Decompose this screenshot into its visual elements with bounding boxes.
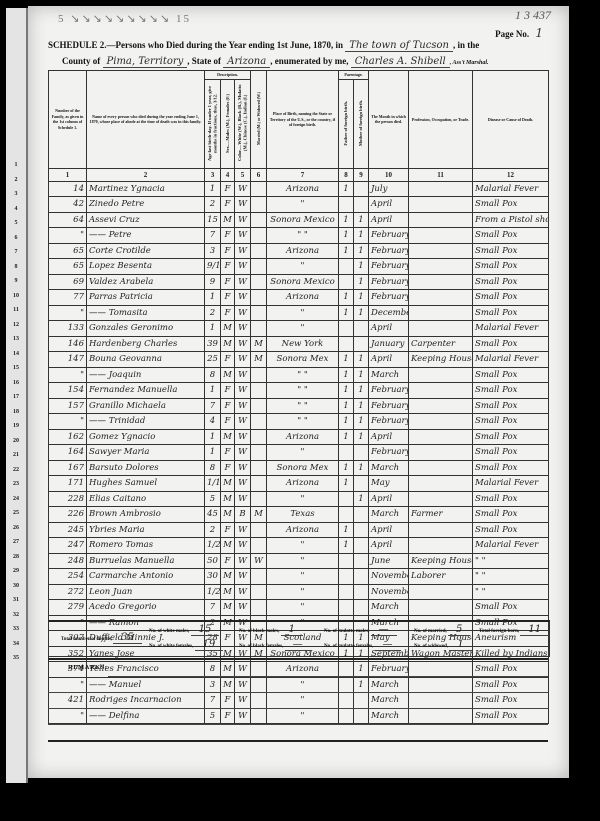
cell-sex: M <box>221 476 235 492</box>
cell-marital <box>251 274 267 290</box>
margin-row-number: 22 <box>8 467 24 473</box>
cell-birthplace: " " <box>267 383 339 399</box>
cell-color: W <box>235 460 251 476</box>
cell-birthplace: Sonora Mexico <box>267 274 339 290</box>
total-deaths: Total number of deaths, 35 <box>61 632 142 643</box>
cell-cause: Small Pox <box>473 460 549 476</box>
cell-sex: F <box>221 259 235 275</box>
cell-occupation: Keeping House <box>409 352 473 368</box>
header-family-number: Number of the Family, as given in the 1s… <box>49 71 87 169</box>
cell-sex: M <box>221 491 235 507</box>
cell-name: Martinez Ygnacia <box>87 181 205 197</box>
table-row: 245Ybries Maria2FWArizona1AprilSmall Pox <box>49 522 549 538</box>
cell-sex: F <box>221 305 235 321</box>
margin-row-number: 20 <box>8 438 24 444</box>
enumerator-field: Charles A. Shibell <box>351 56 450 68</box>
cell-mother <box>354 553 369 569</box>
column-number: 11 <box>409 168 473 181</box>
header-color: Color.—White (W.), Black (B.), Mulatto (… <box>235 80 251 169</box>
cell-mother <box>354 538 369 554</box>
cell-month: February <box>369 398 409 414</box>
cell-sex: F <box>221 460 235 476</box>
cell-name: Brown Ambrosio <box>87 507 205 523</box>
cell-month: March <box>369 507 409 523</box>
cell-color: W <box>235 414 251 430</box>
cell-father <box>339 259 354 275</box>
table-row: 157Granillo Michaela7FW" "11FebruarySmal… <box>49 398 549 414</box>
cell-month: February <box>369 290 409 306</box>
cell-age: 2 <box>205 305 221 321</box>
cell-month: April <box>369 321 409 337</box>
cell-age: 2 <box>205 522 221 538</box>
cell-father <box>339 584 354 600</box>
cell-marital <box>251 228 267 244</box>
cell-color: W <box>235 197 251 213</box>
place-field: The town of Tucson <box>345 40 453 52</box>
cell-father <box>339 553 354 569</box>
cell-cause: Small Pox <box>473 367 549 383</box>
cell-color: W <box>235 538 251 554</box>
cell-cause: Small Pox <box>473 398 549 414</box>
cell-cause: Malarial Fever <box>473 352 549 368</box>
remarks-section: REMARKS: <box>48 658 548 742</box>
cell-cause: " " <box>473 584 549 600</box>
table-row: "—— Joaquin8MW" "11MarchSmall Pox <box>49 367 549 383</box>
remarks-label: REMARKS: <box>68 664 107 671</box>
cell-mother: 1 <box>354 460 369 476</box>
page-number-label: Page No. <box>495 29 529 39</box>
cell-mother: 1 <box>354 398 369 414</box>
cell-age: 1 <box>205 383 221 399</box>
margin-row-number: 10 <box>8 293 24 299</box>
header-age: Age last birth-day. If under 1 year, giv… <box>205 80 221 169</box>
cell-marital: M <box>251 336 267 352</box>
table-row: 147Bouna Geovanna25FWMSonora Mex11AprilK… <box>49 352 549 368</box>
cell-name: Granillo Michaela <box>87 398 205 414</box>
foreign-born-count: Total foreign born, 11 <box>479 624 549 635</box>
cell-birthplace: " <box>267 584 339 600</box>
cell-age: 1 <box>205 429 221 445</box>
cell-occupation <box>409 584 473 600</box>
cell-mother: 1 <box>354 274 369 290</box>
cell-month: May <box>369 476 409 492</box>
cell-marital <box>251 321 267 337</box>
cell-sex: F <box>221 290 235 306</box>
cell-birthplace: " " <box>267 228 339 244</box>
header-cause: Disease or Cause of Death. <box>473 71 549 169</box>
cell-father <box>339 274 354 290</box>
margin-row-number: 34 <box>8 641 24 647</box>
cell-mother: 1 <box>354 290 369 306</box>
table-row: 254Carmarche Antonio30MW"NovemberLaborer… <box>49 569 549 585</box>
cell-family: " <box>49 414 87 430</box>
cell-marital <box>251 445 267 461</box>
table-row: 154Fernandez Manuella1FW" "11FebruarySma… <box>49 383 549 399</box>
cell-color: W <box>235 600 251 616</box>
cell-marital <box>251 398 267 414</box>
cell-birthplace: Sonora Mexico <box>267 212 339 228</box>
cell-sex: M <box>221 429 235 445</box>
margin-row-number: 2 <box>8 177 24 183</box>
cell-father: 1 <box>339 243 354 259</box>
cell-occupation: Keeping House <box>409 553 473 569</box>
cell-cause: Small Pox <box>473 290 549 306</box>
cell-father: 1 <box>339 538 354 554</box>
cell-color: W <box>235 212 251 228</box>
cell-occupation <box>409 321 473 337</box>
margin-row-number: 3 <box>8 191 24 197</box>
cell-cause: Small Pox <box>473 414 549 430</box>
cell-occupation <box>409 367 473 383</box>
cell-family: 171 <box>49 476 87 492</box>
cell-name: Corte Crotilde <box>87 243 205 259</box>
cell-color: W <box>235 476 251 492</box>
cell-name: Acedo Gregorio <box>87 600 205 616</box>
cell-name: Hardenberg Charles <box>87 336 205 352</box>
cell-age: 50 <box>205 553 221 569</box>
cell-cause: Small Pox <box>473 522 549 538</box>
margin-row-number: 33 <box>8 626 24 632</box>
margin-row-number: 15 <box>8 365 24 371</box>
cell-month: April <box>369 429 409 445</box>
cell-color: W <box>235 367 251 383</box>
cell-father: 1 <box>339 476 354 492</box>
census-page: 5 ↘↘↘↘↘↘↘↘↘ 15 1 3 437 Page No. 1 SCHEDU… <box>28 6 569 778</box>
pencil-tally-marks: 5 ↘↘↘↘↘↘↘↘↘ 15 <box>58 12 191 25</box>
column-number: 9 <box>354 168 369 181</box>
cell-occupation <box>409 290 473 306</box>
margin-row-number: 1 <box>8 162 24 168</box>
cell-occupation <box>409 414 473 430</box>
cell-color: W <box>235 569 251 585</box>
cell-name: Bouna Geovanna <box>87 352 205 368</box>
header-occupation: Profession, Occupation, or Trade. <box>409 71 473 169</box>
cell-color: W <box>235 352 251 368</box>
cell-name: Elias Caitano <box>87 491 205 507</box>
cell-family: 245 <box>49 522 87 538</box>
cell-father: 1 <box>339 429 354 445</box>
margin-row-number: 35 <box>8 655 24 661</box>
cell-sex: M <box>221 600 235 616</box>
cell-mother: 1 <box>354 383 369 399</box>
cell-marital <box>251 181 267 197</box>
cell-family: 65 <box>49 243 87 259</box>
cell-month: March <box>369 460 409 476</box>
cell-name: Leon Juan <box>87 584 205 600</box>
cell-month: March <box>369 367 409 383</box>
cell-age: 2 <box>205 197 221 213</box>
cell-age: 1 <box>205 181 221 197</box>
cell-color: W <box>235 429 251 445</box>
cell-family: 164 <box>49 445 87 461</box>
table-row: 65Corte Crotilde3FWArizona11FebruarySmal… <box>49 243 549 259</box>
cell-family: 146 <box>49 336 87 352</box>
cell-occupation <box>409 259 473 275</box>
table-row: 247Romero Tomas1/2MW"1AprilMalarial Feve… <box>49 538 549 554</box>
cell-color: W <box>235 181 251 197</box>
margin-row-number: 19 <box>8 423 24 429</box>
county-line: County of Pima, Territory, State of Ariz… <box>62 56 549 67</box>
margin-row-number: 7 <box>8 249 24 255</box>
black-males: No. of black males, 1 <box>239 624 303 635</box>
cell-birthplace: Arizona <box>267 290 339 306</box>
cell-name: Romero Tomas <box>87 538 205 554</box>
cell-father: 1 <box>339 181 354 197</box>
header-birthplace: Place of Birth, naming the State or Terr… <box>267 71 339 169</box>
cell-age: 15 <box>205 212 221 228</box>
cell-name: Burruelas Manuella <box>87 553 205 569</box>
cell-cause: Malarial Fever <box>473 321 549 337</box>
cell-sex: M <box>221 569 235 585</box>
cell-marital <box>251 367 267 383</box>
cell-family: 14 <box>49 181 87 197</box>
cell-occupation <box>409 212 473 228</box>
cell-marital: M <box>251 352 267 368</box>
cell-marital <box>251 600 267 616</box>
cell-cause: Small Pox <box>473 243 549 259</box>
cell-birthplace: Arizona <box>267 243 339 259</box>
cell-family: " <box>49 305 87 321</box>
cell-name: Assevi Cruz <box>87 212 205 228</box>
cell-cause: From a Pistol shot <box>473 212 549 228</box>
cell-occupation <box>409 305 473 321</box>
cell-occupation: Laborer <box>409 569 473 585</box>
cell-month: July <box>369 181 409 197</box>
cell-mother: 1 <box>354 352 369 368</box>
cell-age: 3 <box>205 243 221 259</box>
table-row: 65Lopez Besenta9/12FW"1FebruarySmall Pox <box>49 259 549 275</box>
cell-occupation <box>409 429 473 445</box>
cell-age: 7 <box>205 600 221 616</box>
cell-month: February <box>369 259 409 275</box>
cell-father: 1 <box>339 414 354 430</box>
cell-color: W <box>235 383 251 399</box>
totals-section: Total number of deaths, 35 No. of white … <box>48 620 550 657</box>
cell-marital <box>251 414 267 430</box>
cell-mother <box>354 197 369 213</box>
cell-color: W <box>235 321 251 337</box>
cell-cause: Small Pox <box>473 507 549 523</box>
cell-occupation <box>409 600 473 616</box>
cell-age: 5 <box>205 491 221 507</box>
cell-sex: F <box>221 553 235 569</box>
cell-father: 1 <box>339 460 354 476</box>
table-row: "—— Petre7FW" "11FebruarySmall Pox <box>49 228 549 244</box>
cell-sex: F <box>221 228 235 244</box>
cell-family: 228 <box>49 491 87 507</box>
cell-mother <box>354 522 369 538</box>
cell-name: —— Petre <box>87 228 205 244</box>
cell-mother <box>354 600 369 616</box>
margin-row-number: 24 <box>8 496 24 502</box>
cell-cause: Small Pox <box>473 336 549 352</box>
cell-name: Fernandez Manuella <box>87 383 205 399</box>
cell-sex: M <box>221 507 235 523</box>
cell-age: 9/12 <box>205 259 221 275</box>
cell-father: 1 <box>339 352 354 368</box>
cell-age: 1/2 <box>205 584 221 600</box>
table-row: 77Parras Patricia1FWArizona11FebruarySma… <box>49 290 549 306</box>
cell-age: 8 <box>205 460 221 476</box>
margin-row-number: 32 <box>8 612 24 618</box>
mulatto-females: No. of mulatto females, — <box>324 639 401 650</box>
left-margin-strip: 1234567891011121314151617181920212223242… <box>6 8 28 783</box>
cell-birthplace: " <box>267 600 339 616</box>
enumerated-label: , enumerated by me, <box>270 56 348 66</box>
cell-cause: Malarial Fever <box>473 181 549 197</box>
cell-occupation: Carpenter <box>409 336 473 352</box>
table-row: "—— Tomasita2FW"11DecemberSmall Pox <box>49 305 549 321</box>
cell-sex: F <box>221 352 235 368</box>
cell-family: 77 <box>49 290 87 306</box>
cell-marital <box>251 429 267 445</box>
cell-father: 1 <box>339 522 354 538</box>
state-label: , State of <box>187 56 221 66</box>
cell-birthplace: Arizona <box>267 522 339 538</box>
cell-mother: 1 <box>354 414 369 430</box>
cell-marital <box>251 584 267 600</box>
white-females: No. of white females, 19 <box>149 639 223 650</box>
cell-sex: F <box>221 414 235 430</box>
cell-cause: Small Pox <box>473 305 549 321</box>
cell-marital: W <box>251 553 267 569</box>
table-row: 162Gomez Ygnacio1MWArizona11AprilSmall P… <box>49 429 549 445</box>
cell-name: Barsuto Dolores <box>87 460 205 476</box>
cell-father: 1 <box>339 383 354 399</box>
cell-color: W <box>235 398 251 414</box>
cell-family: 157 <box>49 398 87 414</box>
margin-row-number: 11 <box>8 307 24 313</box>
cell-color: W <box>235 290 251 306</box>
cell-cause: " " <box>473 569 549 585</box>
cell-month: April <box>369 197 409 213</box>
cell-mother: 1 <box>354 259 369 275</box>
cell-family: 272 <box>49 584 87 600</box>
cell-age: 39 <box>205 336 221 352</box>
cell-cause: Malarial Fever <box>473 538 549 554</box>
margin-row-number: 28 <box>8 554 24 560</box>
table-row: 272Leon Juan1/2MW"November" " <box>49 584 549 600</box>
cell-sex: F <box>221 197 235 213</box>
cell-marital <box>251 569 267 585</box>
table-row: "—— Trinidad4FW" "11FebruarySmall Pox <box>49 414 549 430</box>
table-row: 164Sawyer Maria1FW"FebruarySmall Pox <box>49 445 549 461</box>
cell-sex: F <box>221 522 235 538</box>
cell-name: Lopez Besenta <box>87 259 205 275</box>
cell-cause: Malarial Fever <box>473 476 549 492</box>
cell-marital <box>251 197 267 213</box>
cell-mother <box>354 507 369 523</box>
margin-row-number: 31 <box>8 597 24 603</box>
cell-color: B <box>235 507 251 523</box>
cell-month: March <box>369 600 409 616</box>
cell-age: 7 <box>205 228 221 244</box>
cell-month: November <box>369 584 409 600</box>
margin-row-number: 23 <box>8 481 24 487</box>
cell-month: January <box>369 336 409 352</box>
cell-birthplace: " <box>267 538 339 554</box>
margin-row-number: 8 <box>8 264 24 270</box>
cell-father: 1 <box>339 367 354 383</box>
cell-name: Ybries Maria <box>87 522 205 538</box>
cell-sex: M <box>221 336 235 352</box>
state-field: Arizona <box>223 56 270 68</box>
cell-color: W <box>235 553 251 569</box>
cell-month: April <box>369 491 409 507</box>
cell-age: 45 <box>205 507 221 523</box>
top-right-annotation: 1 3 437 <box>515 8 551 23</box>
cell-name: —— Trinidad <box>87 414 205 430</box>
cell-occupation <box>409 274 473 290</box>
cell-mother <box>354 569 369 585</box>
table-row: 226Brown Ambrosio45MBMTexasMarchFarmerSm… <box>49 507 549 523</box>
cell-marital <box>251 243 267 259</box>
margin-row-number: 13 <box>8 336 24 342</box>
cell-mother <box>354 321 369 337</box>
header-name: Name of every person who died during the… <box>87 71 205 169</box>
cell-marital <box>251 460 267 476</box>
cell-mother: 1 <box>354 491 369 507</box>
cell-birthplace: Arizona <box>267 181 339 197</box>
cell-mother <box>354 476 369 492</box>
cell-marital <box>251 290 267 306</box>
cell-sex: F <box>221 181 235 197</box>
cell-mother: 1 <box>354 429 369 445</box>
cell-marital: M <box>251 507 267 523</box>
cell-marital <box>251 522 267 538</box>
cell-color: W <box>235 522 251 538</box>
cell-father <box>339 491 354 507</box>
table-row: 14Martinez Ygnacia1FWArizona1JulyMalaria… <box>49 181 549 197</box>
cell-mother <box>354 336 369 352</box>
cell-color: W <box>235 491 251 507</box>
cell-father <box>339 336 354 352</box>
cell-marital <box>251 491 267 507</box>
remarks-line <box>108 676 548 677</box>
cell-occupation <box>409 460 473 476</box>
cell-birthplace: " " <box>267 414 339 430</box>
cell-occupation <box>409 491 473 507</box>
cell-color: W <box>235 305 251 321</box>
column-number: 4 <box>221 168 235 181</box>
margin-row-number: 16 <box>8 380 24 386</box>
cell-age: 9 <box>205 274 221 290</box>
table-row: 42Zinedo Petre2FW"AprilSmall Pox <box>49 197 549 213</box>
page-number-value: 1 <box>535 26 543 40</box>
column-number: 3 <box>205 168 221 181</box>
cell-month: February <box>369 445 409 461</box>
cell-sex: F <box>221 383 235 399</box>
margin-row-number: 12 <box>8 322 24 328</box>
cell-sex: M <box>221 321 235 337</box>
cell-father: 1 <box>339 398 354 414</box>
cell-family: 162 <box>49 429 87 445</box>
header-mother-foreign: Mother of foreign birth. <box>354 80 369 169</box>
widowed-count: No. of widowed, 1 <box>414 639 472 650</box>
cell-month: April <box>369 352 409 368</box>
cell-family: 154 <box>49 383 87 399</box>
cell-cause: Small Pox <box>473 197 549 213</box>
header-marital: Married (M.) or Widowed (W.) <box>251 71 267 169</box>
cell-father: 1 <box>339 228 354 244</box>
remarks-line <box>48 692 548 693</box>
cell-cause: Small Pox <box>473 228 549 244</box>
cell-father: 1 <box>339 212 354 228</box>
cell-cause: " " <box>473 553 549 569</box>
column-number-row: 123456789101112 <box>49 168 549 181</box>
cell-month: April <box>369 538 409 554</box>
cell-name: Carmarche Antonio <box>87 569 205 585</box>
